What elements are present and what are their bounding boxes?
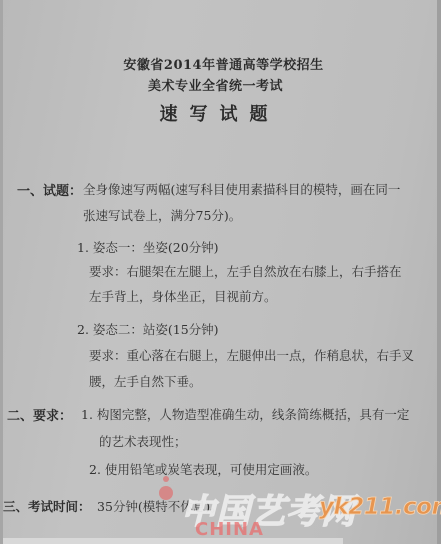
- section1-text-line1: 全身像速写两幅(速写科目使用素描科目的模特，画在同一: [83, 180, 400, 198]
- section1-label: 一、试题：: [17, 180, 82, 199]
- pose1-requirement-line1: 要求：右腿架在左腿上，左手自然放在右膝上，右手搭在: [89, 262, 402, 280]
- watermark-seal-dot: [159, 486, 173, 500]
- section2-item1-line2: 的艺术表现性；: [99, 432, 187, 450]
- section2-item1-line1: 1. 构图完整，人物造型准确生动，线条简练概括，具有一定: [81, 405, 409, 423]
- pose2-requirement-line1: 要求：重心落在右腿上，左腿伸出一点，作稍息状，右手叉: [89, 346, 414, 364]
- exam-paper: 安徽省2014年普通高等学校招生 美术专业全省统一考试 速写试题 一、试题： 全…: [0, 0, 441, 544]
- section2-label: 二、要求：: [7, 405, 72, 424]
- header-line-2: 美术专业全省统一考试: [0, 75, 436, 94]
- header-line-1: 安徽省2014年普通高等学校招生: [3, 54, 441, 73]
- section1-text-line2: 张速写试卷上，满分75分)。: [83, 206, 241, 224]
- watermark-url: yk211.com: [319, 494, 441, 520]
- watermark-china: CHINA: [195, 519, 264, 540]
- pose2-requirement-line2: 腰，左手自然下垂。: [89, 372, 202, 390]
- section3-label: 三、考试时间：: [3, 497, 91, 515]
- section2-item2: 2. 使用铅笔或炭笔表现，可使用定画液。: [89, 460, 317, 478]
- document-title: 速写试题: [0, 100, 440, 126]
- pose2-heading: 2. 姿态二：站姿(15分钟): [77, 320, 219, 338]
- pose1-requirement-line2: 左手背上，身体坐正，目视前方。: [89, 287, 277, 305]
- paper-bottom-edge: [3, 538, 343, 544]
- pose1-heading: 1. 姿态一：坐姿(20分钟): [77, 238, 219, 256]
- watermark-seal-dot-small: [163, 476, 169, 482]
